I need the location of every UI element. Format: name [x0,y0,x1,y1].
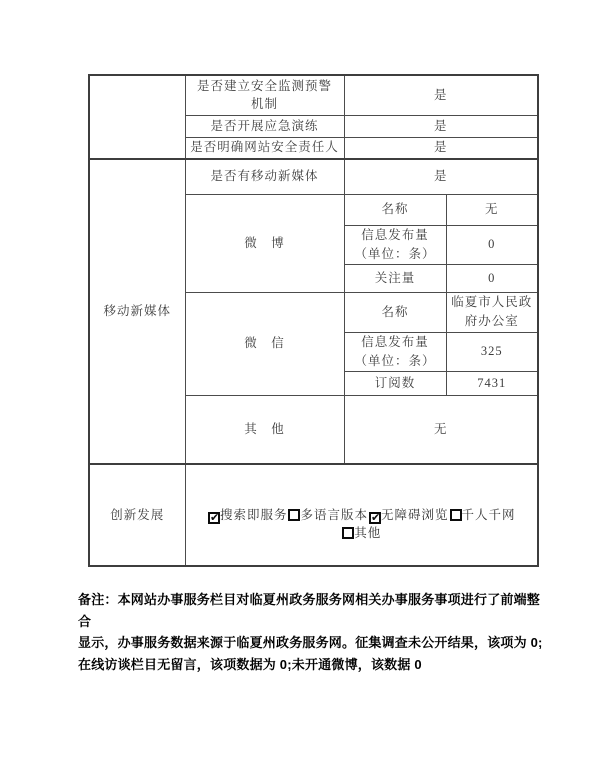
field-value-cell-weibo-posts: 0 [446,225,538,264]
field-value-cell-wechat-name: 临夏市人民政 府办公室 [446,292,538,332]
question-cell-security-monitoring: 是否建立安全监测预警 机制 [185,75,344,115]
field-value-cell-weibo-followers: 0 [446,264,538,292]
innovation-option-search-service: ✔搜索即服务 [207,506,288,525]
category-cell-innovation: 创新发展 [89,464,185,566]
answer-cell-emergency-drill: 是 [344,115,538,137]
annual-report-table: 是否建立安全监测预警 机制 是 是否开展应急演练 是 是否明确网站安全责任人 是… [88,74,539,567]
wechat-label-cell: 微 信 [185,292,344,395]
field-value-cell-wechat-posts: 325 [446,332,538,371]
checkbox-checked-icon[interactable]: ✔ [369,512,381,524]
report-page: 是否建立安全监测预警 机制 是 是否开展应急演练 是 是否明确网站安全责任人 是… [0,0,614,766]
innovation-option-personalized: 千人千网 [449,506,516,525]
checkbox-label: 其他 [354,526,381,540]
question-cell-emergency-drill: 是否开展应急演练 [185,115,344,137]
footnote-text: 备注：本网站办事服务栏目对临夏州政务服务网相关办事服务事项进行了前端整合 显示，… [78,589,548,675]
other-label-cell: 其 他 [185,395,344,464]
field-label-cell-wechat-posts: 信息发布量 （单位：条） [344,332,446,371]
checkbox-label: 搜索即服务 [220,508,288,522]
checkbox-label: 千人千网 [462,508,516,522]
category-cell-mobile-media: 移动新媒体 [89,159,185,464]
field-label-cell-weibo-posts: 信息发布量 （单位：条） [344,225,446,264]
innovation-option-accessibility: ✔无障碍浏览 [368,506,449,525]
innovation-option-other: 其他 [341,524,381,543]
innovation-option-multilingual: 多语言版本 [287,506,368,525]
weibo-label-cell: 微 博 [185,194,344,292]
answer-cell-security-responsible-person: 是 [344,137,538,159]
answer-cell-has-mobile-media: 是 [344,159,538,194]
checkbox-label: 多语言版本 [300,508,368,522]
innovation-options-cell: ✔搜索即服务多语言版本✔无障碍浏览千人千网其他 [185,464,538,566]
field-value-cell-wechat-subscribers: 7431 [446,371,538,395]
checkbox-unchecked-icon[interactable] [342,527,354,539]
checkbox-unchecked-icon[interactable] [450,509,462,521]
field-value-cell-weibo-name: 无 [446,194,538,225]
answer-cell-security-monitoring: 是 [344,75,538,115]
question-cell-security-responsible-person: 是否明确网站安全责任人 [185,137,344,159]
checkbox-unchecked-icon[interactable] [288,509,300,521]
category-cell-blank [89,75,185,159]
checkbox-checked-icon[interactable]: ✔ [208,512,220,524]
field-label-cell-wechat-subscribers: 订阅数 [344,371,446,395]
checkbox-label: 无障碍浏览 [381,508,449,522]
field-label-cell-weibo-name: 名称 [344,194,446,225]
question-cell-has-mobile-media: 是否有移动新媒体 [185,159,344,194]
other-value-cell: 无 [344,395,538,464]
field-label-cell-wechat-name: 名称 [344,292,446,332]
field-label-cell-weibo-followers: 关注量 [344,264,446,292]
